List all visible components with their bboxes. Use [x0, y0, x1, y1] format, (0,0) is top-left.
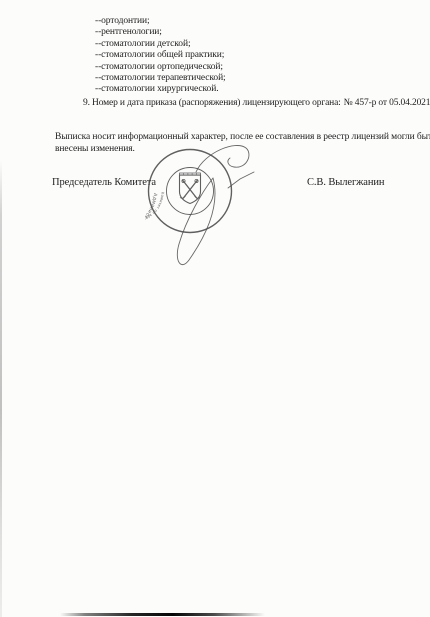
specialty-item: --стоматологии терапевтической; — [95, 73, 226, 84]
signature-top-loop — [196, 145, 249, 172]
specialty-item: --ортодонтии; — [95, 16, 226, 27]
specialty-item: --стоматологии общей практики; — [95, 50, 226, 61]
signature-stroke — [150, 128, 270, 280]
specialty-item: --стоматологии детской; — [95, 39, 226, 50]
signer-name: С.В. Вылегжанин — [307, 177, 384, 188]
scan-edge-artifact — [0, 160, 2, 617]
specialty-item: --рентгенологии; — [95, 27, 226, 38]
signer-title: Председатель Комитета — [52, 177, 156, 188]
document-page: --ортодонтии; --рентгенологии; --стомато… — [0, 0, 430, 617]
order-number-value: № 457-р от 05.04.2021. — [344, 98, 430, 108]
signature-descender-loop — [177, 178, 215, 265]
signature-tick — [228, 172, 254, 188]
order-number-line: 9. Номер и дата приказа (распоряжения) л… — [83, 98, 430, 108]
specialty-item: --стоматологии хирургической. — [95, 84, 226, 95]
specialties-list: --ортодонтии; --рентгенологии; --стомато… — [95, 16, 226, 96]
specialty-item: --стоматологии ортопедической; — [95, 62, 226, 73]
order-number-label: 9. Номер и дата приказа (распоряжения) л… — [83, 98, 341, 108]
scan-bottom-line-artifact — [60, 613, 265, 616]
